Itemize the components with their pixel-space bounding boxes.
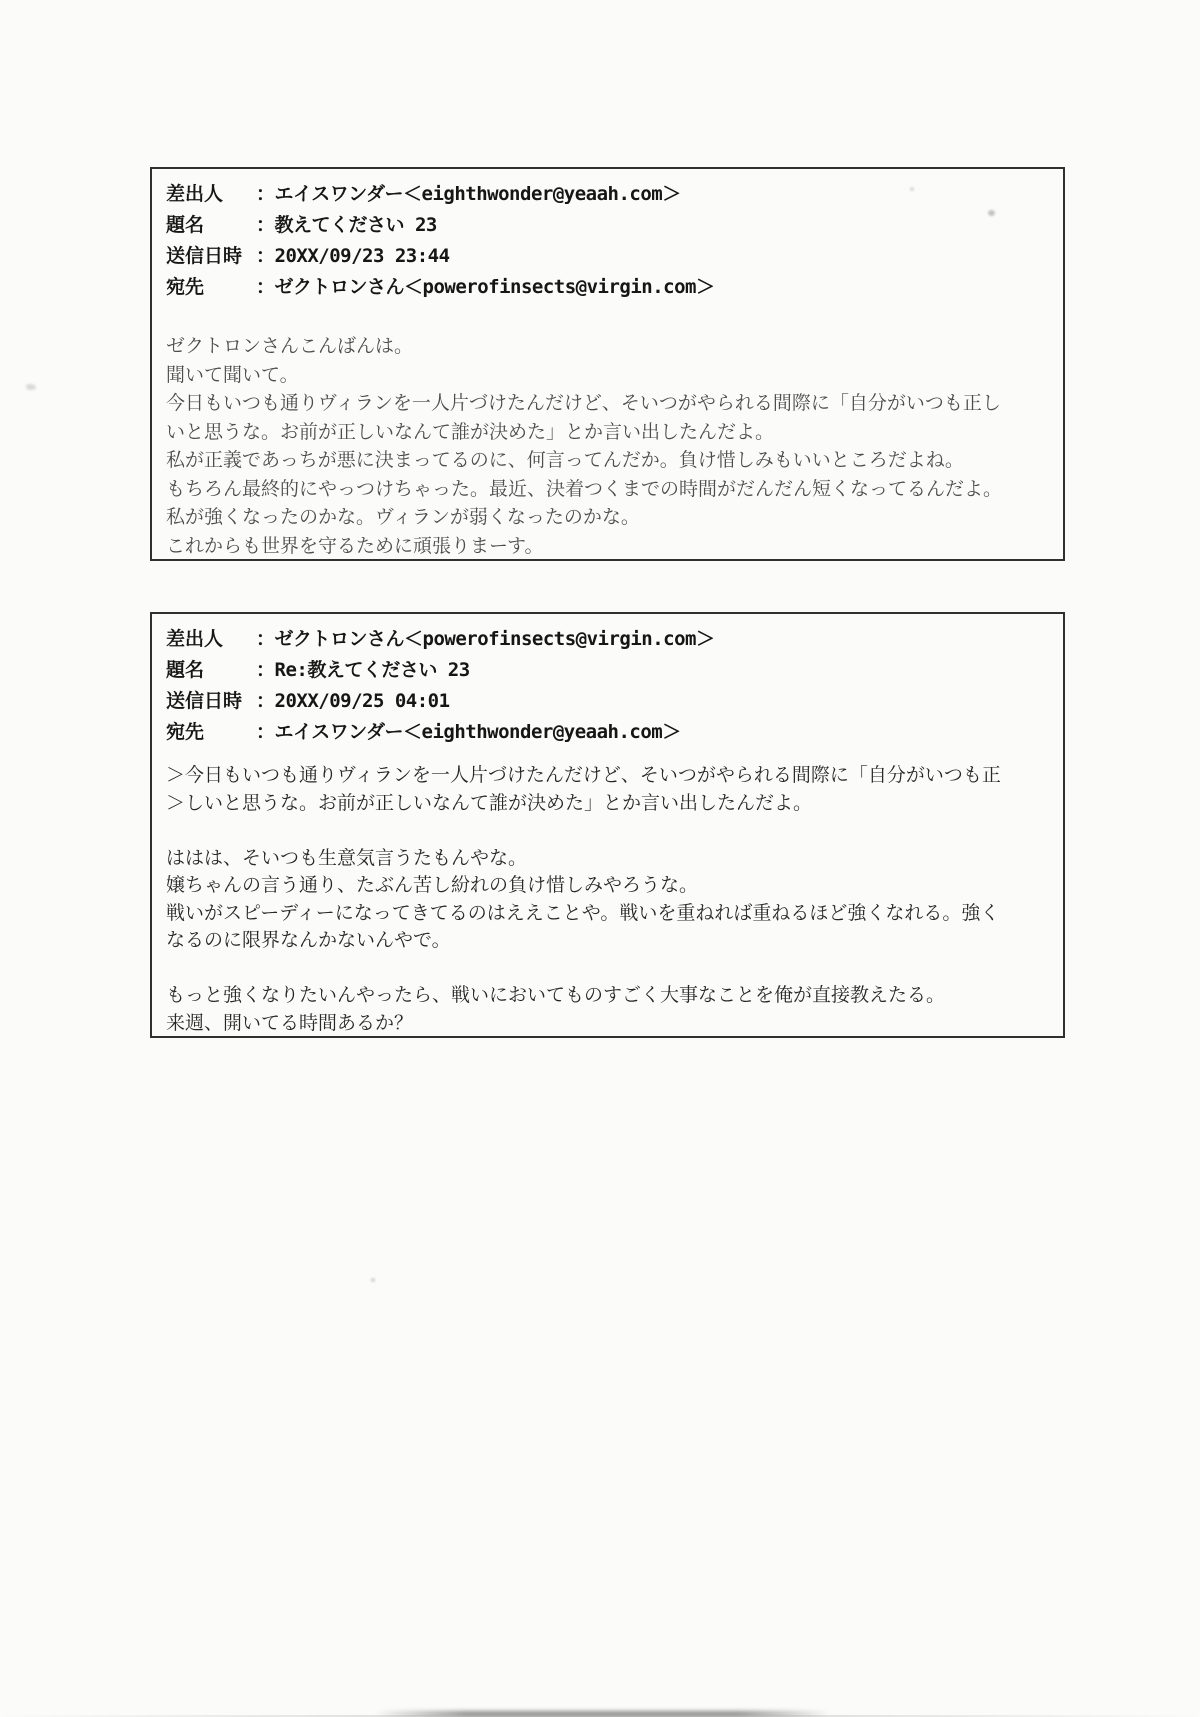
header-value-to: ：ゼクトロンさん＜powerofinsects@virgin.com＞ — [256, 272, 714, 303]
email-2-header-row-date: 送信日時 ：20XX/09/25 04:01 — [166, 686, 1049, 717]
header-body-gap — [166, 748, 1049, 762]
header-label-to: 宛先 — [166, 272, 256, 303]
body-line: ゼクトロンさんこんばんは。 — [166, 333, 1049, 362]
body-line: いと思うな。お前が正しいなんて誰が決めた」とか言い出したんだよ。 — [166, 419, 1049, 448]
header-value-date: ：20XX/09/25 04:01 — [256, 686, 450, 717]
blank-line — [166, 955, 1049, 983]
header-label-date: 送信日時 — [166, 241, 256, 272]
body-line: 来週、開いてる時間あるか？ — [166, 1010, 1049, 1038]
scanned-page: 差出人 ：エイスワンダー＜eighthwonder@yeaah.com＞ 題名 … — [0, 0, 1200, 1717]
email-2-header-section: 差出人 ：ゼクトロンさん＜powerofinsects@virgin.com＞ … — [166, 624, 1049, 748]
header-value-from: ：ゼクトロンさん＜powerofinsects@virgin.com＞ — [256, 624, 714, 655]
email-2-header-row-from: 差出人 ：ゼクトロンさん＜powerofinsects@virgin.com＞ — [166, 624, 1049, 655]
email-message-2: 差出人 ：ゼクトロンさん＜powerofinsects@virgin.com＞ … — [150, 612, 1065, 1038]
body-line: もちろん最終的にやっつけちゃった。最近、決着つくまでの時間がだんだん短くなってる… — [166, 476, 1049, 505]
email-message-1: 差出人 ：エイスワンダー＜eighthwonder@yeaah.com＞ 題名 … — [150, 167, 1065, 561]
email-1-header-section: 差出人 ：エイスワンダー＜eighthwonder@yeaah.com＞ 題名 … — [166, 179, 1049, 303]
email-1-header-row-date: 送信日時 ：20XX/09/23 23:44 — [166, 241, 1049, 272]
body-line: これからも世界を守るために頑張りまーす。 — [166, 533, 1049, 562]
quoted-body-line: ＞しいと思うな。お前が正しいなんて誰が決めた」とか言い出したんだよ。 — [166, 790, 1049, 818]
header-label-from: 差出人 — [166, 179, 256, 210]
header-value-to: ：エイスワンダー＜eighthwonder@yeaah.com＞ — [256, 717, 681, 748]
body-line: もっと強くなりたいんやったら、戦いにおいてものすごく大事なことを俺が直接教えたる… — [166, 982, 1049, 1010]
header-value-from: ：エイスワンダー＜eighthwonder@yeaah.com＞ — [256, 179, 681, 210]
blank-line — [166, 817, 1049, 845]
header-value-subject: ：教えてください 23 — [256, 210, 437, 241]
body-line: 私が強くなったのかな。ヴィランが弱くなったのかな。 — [166, 504, 1049, 533]
body-line: ははは、そいつも生意気言うたもんやな。 — [166, 845, 1049, 873]
header-label-subject: 題名 — [166, 210, 256, 241]
body-line: 私が正義であっちが悪に決まってるのに、何言ってんだか。負け惜しみもいいところだよ… — [166, 447, 1049, 476]
email-1-header-row-to: 宛先 ：ゼクトロンさん＜powerofinsects@virgin.com＞ — [166, 272, 1049, 303]
body-line: 嬢ちゃんの言う通り、たぶん苦し紛れの負け惜しみやろうな。 — [166, 872, 1049, 900]
scan-speck — [988, 210, 995, 216]
email-1-header-row-subject: 題名 ：教えてください 23 — [166, 210, 1049, 241]
body-line: なるのに限界なんかないんやで。 — [166, 927, 1049, 955]
email-2-header-row-to: 宛先 ：エイスワンダー＜eighthwonder@yeaah.com＞ — [166, 717, 1049, 748]
email-2-header-row-subject: 題名 ：Re:教えてください 23 — [166, 655, 1049, 686]
email-1-header-row-from: 差出人 ：エイスワンダー＜eighthwonder@yeaah.com＞ — [166, 179, 1049, 210]
body-line: 聞いて聞いて。 — [166, 362, 1049, 391]
scan-speck — [371, 1278, 375, 1282]
quoted-body-line: ＞今日もいつも通りヴィランを一人片づけたんだけど、そいつがやられる間際に「自分が… — [166, 762, 1049, 790]
header-value-date: ：20XX/09/23 23:44 — [256, 241, 450, 272]
header-label-to: 宛先 — [166, 717, 256, 748]
body-line: 戦いがスピーディーになってきてるのはええことや。戦いを重ねれば重ねるほど強くなれ… — [166, 900, 1049, 928]
scan-speck — [26, 384, 36, 390]
header-label-subject: 題名 — [166, 655, 256, 686]
header-body-gap — [166, 303, 1049, 333]
header-label-date: 送信日時 — [166, 686, 256, 717]
header-label-from: 差出人 — [166, 624, 256, 655]
header-value-subject: ：Re:教えてください 23 — [256, 655, 470, 686]
email-1-body: ゼクトロンさんこんばんは。 聞いて聞いて。 今日もいつも通りヴィランを一人片づけ… — [166, 333, 1049, 561]
body-line: 今日もいつも通りヴィランを一人片づけたんだけど、そいつがやられる間際に「自分がい… — [166, 390, 1049, 419]
email-2-body: ＞今日もいつも通りヴィランを一人片づけたんだけど、そいつがやられる間際に「自分が… — [166, 762, 1049, 1037]
scan-speck — [910, 187, 914, 191]
